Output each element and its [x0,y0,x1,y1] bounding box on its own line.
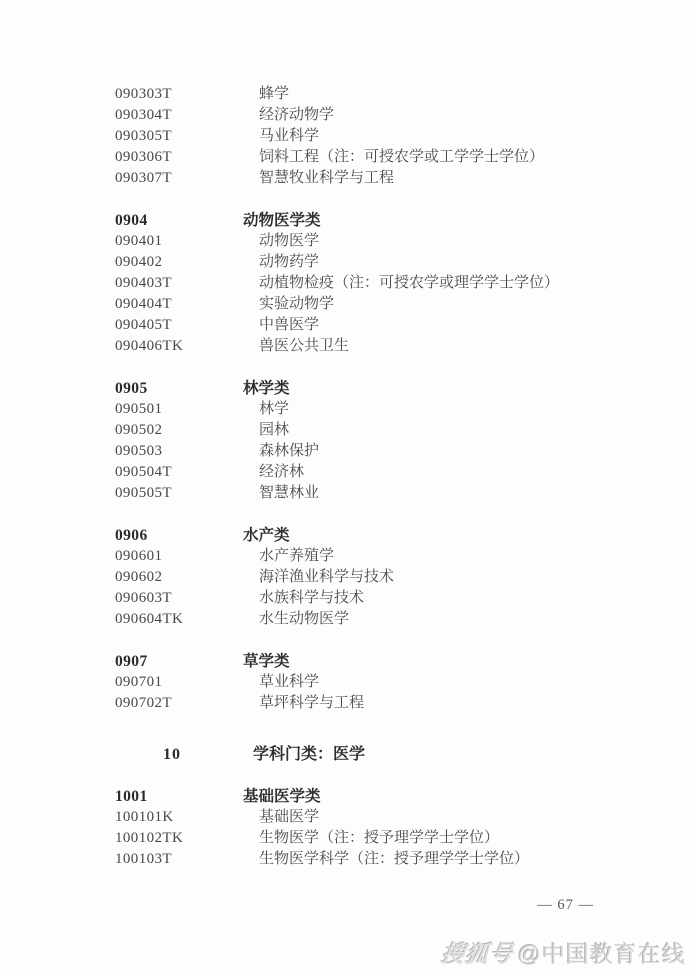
major-name: 智慧牧业科学与工程 [243,168,394,189]
division-block: 10学科门类：医学 [115,744,670,765]
major-name: 中兽医学 [243,315,319,336]
category-name: 水产类 [243,525,290,546]
category-header-row: 0906水产类 [115,525,670,546]
major-row: 100102TK生物医学（注：授予理学学士学位） [115,828,670,849]
major-row: 100101K基础医学 [115,807,670,828]
major-name: 马业科学 [243,126,319,147]
category-code: 0907 [115,651,243,672]
major-name: 生物医学（注：授予理学学士学位） [243,828,499,849]
major-row: 090502园林 [115,420,670,441]
major-code: 090304T [115,105,243,126]
major-code: 090601 [115,546,243,567]
category-header-row: 0905林学类 [115,378,670,399]
major-row: 090601水产养殖学 [115,546,670,567]
major-name: 实验动物学 [243,294,334,315]
major-code: 090305T [115,126,243,147]
major-name: 生物医学科学（注：授予理学学士学位） [243,849,529,870]
major-name: 林学 [243,399,289,420]
major-row: 090404T实验动物学 [115,294,670,315]
major-row: 090402动物药学 [115,252,670,273]
major-row: 090401动物医学 [115,231,670,252]
major-code: 090603T [115,588,243,609]
category-code: 0904 [115,210,243,231]
major-row: 090504T经济林 [115,462,670,483]
major-name: 水生动物医学 [243,609,349,630]
major-row: 090603T水族科学与技术 [115,588,670,609]
major-row: 090503森林保护 [115,441,670,462]
major-row: 090406TK兽医公共卫生 [115,336,670,357]
major-name: 基础医学 [243,807,319,828]
major-name: 兽医公共卫生 [243,336,349,357]
category-name: 林学类 [243,378,290,399]
major-row: 090501林学 [115,399,670,420]
major-row: 090505T智慧林业 [115,483,670,504]
major-code: 090303T [115,84,243,105]
major-name: 动植物检疫（注：可授农学或理学学士学位） [243,273,559,294]
major-code: 090405T [115,315,243,336]
major-code: 090306T [115,147,243,168]
category-block: 0907草学类090701草业科学090702T草坪科学与工程 [115,651,670,714]
major-code: 090403T [115,273,243,294]
major-code: 090702T [115,693,243,714]
category-name: 基础医学类 [243,786,321,807]
major-code: 090307T [115,168,243,189]
major-code: 090602 [115,567,243,588]
major-name: 草业科学 [243,672,319,693]
major-code: 090701 [115,672,243,693]
major-code: 100102TK [115,828,243,849]
document-page: 090303T蜂学090304T经济动物学090305T马业科学090306T饲… [0,0,690,976]
category-name: 草学类 [243,651,290,672]
major-row: 090702T草坪科学与工程 [115,693,670,714]
major-name: 水族科学与技术 [243,588,364,609]
category-block: 0904动物医学类090401动物医学090402动物药学090403T动植物检… [115,210,670,357]
major-name: 水产养殖学 [243,546,334,567]
major-name: 草坪科学与工程 [243,693,364,714]
major-code: 090501 [115,399,243,420]
division-code: 10 [163,744,243,765]
category-header-row: 0904动物医学类 [115,210,670,231]
major-name: 智慧林业 [243,483,319,504]
major-code: 090604TK [115,609,243,630]
watermark-account: @中国教育在线 [518,941,686,967]
major-row: 090306T饲料工程（注：可授农学或工学学士学位） [115,147,670,168]
sohu-logo: 搜狐号 [439,936,517,969]
page-number: — 67 — [537,897,594,914]
watermark: 搜狐号@中国教育在线 [442,936,686,969]
major-name: 森林保护 [243,441,319,462]
major-name: 饲料工程（注：可授农学或工学学士学位） [243,147,544,168]
major-row: 090307T智慧牧业科学与工程 [115,168,670,189]
major-row: 100103T生物医学科学（注：授予理学学士学位） [115,849,670,870]
division-row: 10学科门类：医学 [115,744,670,765]
major-row: 090303T蜂学 [115,84,670,105]
major-name: 海洋渔业科学与技术 [243,567,394,588]
major-name: 经济林 [243,462,304,483]
major-row: 090405T中兽医学 [115,315,670,336]
major-code: 100103T [115,849,243,870]
major-code: 090502 [115,420,243,441]
major-name: 动物医学 [243,231,319,252]
major-code: 090406TK [115,336,243,357]
major-code: 090401 [115,231,243,252]
category-block: 090303T蜂学090304T经济动物学090305T马业科学090306T饲… [115,84,670,189]
major-name: 经济动物学 [243,105,334,126]
category-name: 动物医学类 [243,210,321,231]
category-code: 0906 [115,525,243,546]
major-code: 090404T [115,294,243,315]
major-row: 090403T动植物检疫（注：可授农学或理学学士学位） [115,273,670,294]
category-code: 0905 [115,378,243,399]
major-row: 090604TK水生动物医学 [115,609,670,630]
major-code: 100101K [115,807,243,828]
category-block: 0906水产类090601水产养殖学090602海洋渔业科学与技术090603T… [115,525,670,630]
category-block: 0905林学类090501林学090502园林090503森林保护090504T… [115,378,670,504]
category-header-row: 1001基础医学类 [115,786,670,807]
major-row: 090304T经济动物学 [115,105,670,126]
major-row: 090305T马业科学 [115,126,670,147]
major-code: 090402 [115,252,243,273]
major-code: 090505T [115,483,243,504]
major-name: 蜂学 [243,84,289,105]
category-header-row: 0907草学类 [115,651,670,672]
division-name: 学科门类：医学 [243,744,365,765]
major-name: 园林 [243,420,289,441]
category-block: 1001基础医学类100101K基础医学100102TK生物医学（注：授予理学学… [115,786,670,870]
category-code: 1001 [115,786,243,807]
major-row: 090701草业科学 [115,672,670,693]
major-row: 090602海洋渔业科学与技术 [115,567,670,588]
major-name: 动物药学 [243,252,319,273]
major-code-list: 090303T蜂学090304T经济动物学090305T马业科学090306T饲… [115,84,670,870]
major-code: 090503 [115,441,243,462]
major-code: 090504T [115,462,243,483]
